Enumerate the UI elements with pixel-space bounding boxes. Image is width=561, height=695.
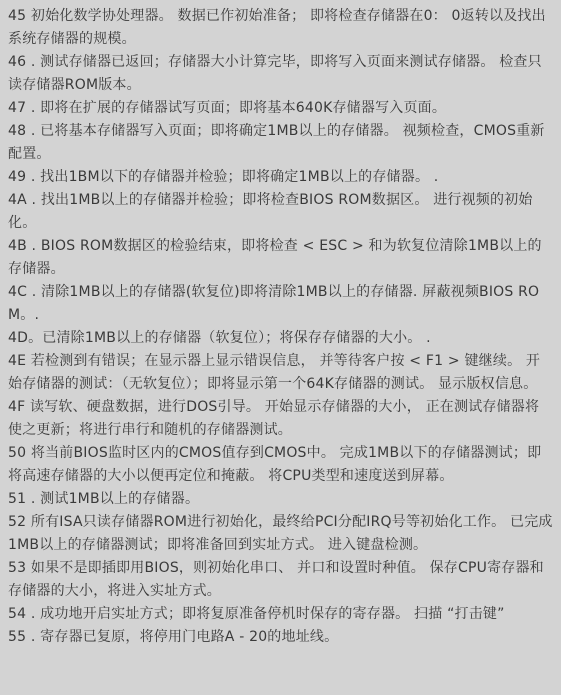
post-entry-4C: 4C . 清除1MB以上的存储器(软复位)即将清除1MB以上的存储器. 屏蔽视频… [8, 281, 553, 327]
post-entry-49: 49 . 找出1BM以下的存储器并检验；即将确定1MB以上的存储器。 . [8, 166, 553, 189]
post-entry-4E: 4E 若检测到有错误；在显示器上显示错误信息， 并等待客户按 < F1 > 键继… [8, 350, 553, 396]
post-entry-48: 48 . 已将基本存储器写入页面；即将确定1MB以上的存储器。 视频检查，CMO… [8, 120, 553, 166]
post-entry-4F: 4F 读写软、硬盘数据，进行DOS引导。 开始显示存储器的大小， 正在测试存储器… [8, 396, 553, 442]
post-entry-55: 55 . 寄存器已复原，将停用门电路A - 20的地址线。 [8, 626, 553, 649]
post-entry-51: 51 . 测试1MB以上的存储器。 [8, 488, 553, 511]
post-entry-47: 47 . 即将在扩展的存储器试写页面；即将基本640K存储器写入页面。 [8, 97, 553, 120]
post-entry-4A: 4A . 找出1MB以上的存储器并检验；即将检查BIOS ROM数据区。 进行视… [8, 189, 553, 235]
post-entry-50: 50 将当前BIOS监时区内的CMOS值存到CMOS中。 完成1MB以下的存储器… [8, 442, 553, 488]
post-entry-46: 46 . 测试存储器已返回；存储器大小计算完毕，即将写入页面来测试存储器。 检查… [8, 51, 553, 97]
post-entry-4B: 4B . BIOS ROM数据区的检验结束，即将检查 < ESC > 和为软复位… [8, 235, 553, 281]
post-entry-54: 54 . 成功地开启实址方式；即将复原准备停机时保存的寄存器。 扫描 “打击键” [8, 603, 553, 626]
post-code-document: 45 初始化数学协处理器。 数据已作初始准备； 即将检查存储器在0： 0返转以及… [0, 0, 561, 695]
post-entry-45: 45 初始化数学协处理器。 数据已作初始准备； 即将检查存储器在0： 0返转以及… [8, 5, 553, 51]
post-entry-52: 52 所有ISA只读存储器ROM进行初始化，最终给PCI分配IRQ号等初始化工作… [8, 511, 553, 557]
post-entry-4D: 4D。已清除1MB以上的存储器（软复位）；将保存存储器的大小。 . [8, 327, 553, 350]
post-entry-53: 53 如果不是即插即用BIOS，则初始化串口、 并口和设置时种值。 保存CPU寄… [8, 557, 553, 603]
